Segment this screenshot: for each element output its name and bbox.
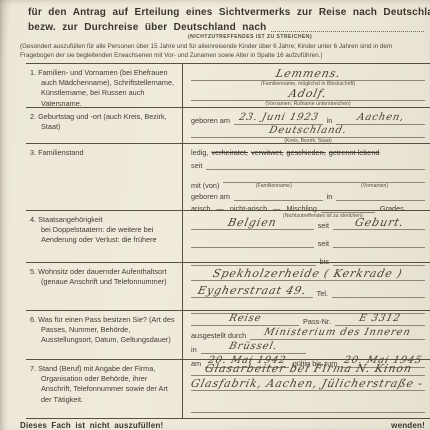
option-geschieden: geschieden, [286,148,325,157]
pass-nr-label: Pass-Nr. [299,317,335,326]
birth-date-field: 23. Juni 1923 [234,113,323,125]
issued-by-field: Ministerium des Inneren [250,328,425,340]
row-q5-residence: 5. Wohnsitz oder dauernder Aufenthaltsor… [26,263,430,311]
form-footer: Dieses Fach ist nicht auszufüllen! wende… [20,421,425,430]
q3-label: Familienstand [38,148,83,157]
occupation-field-3 [191,403,425,413]
form-title-line2-text: bezw. zur Durchreise über Deutschland na… [28,22,266,33]
address-handwriting-1: Spekholzerheide ( Kerkrade ) [212,268,404,280]
birth-place-handwriting: Aachen, [356,113,406,124]
birth-date-handwriting: 23. Juni 1923 [237,113,319,124]
since-field [206,160,425,170]
marital-options: ledig, verheiratet, verwitwet, geschiede… [191,148,425,157]
option-ledig: ledig, [191,148,208,157]
q2-label: Geburtstag und -ort (auch Kreis, Bezirk,… [38,112,167,131]
form-table: 1. Familien- und Vornamen (bei Ehefrauen… [26,63,430,419]
spouse-birth-place-field [336,191,425,201]
q7-number: 7. [30,364,36,373]
issued-place-field: Brüssel. [201,342,306,354]
nationality-since-field: Geburt. [333,217,425,230]
pass-type-field: Reise [191,314,299,326]
form-title-line1: für den Antrag auf Erteilung eines Sicht… [28,7,422,18]
seit-label: seit [191,161,206,170]
visa-application-form-scan: für den Antrag auf Erteilung eines Sicht… [0,0,430,430]
q5-number: 5. [30,267,36,276]
birth-country-handwriting: Deutschland. [268,126,348,137]
spouse-born-label: geboren am [191,192,234,201]
telephone-field [332,288,425,298]
strike-instruction-note: (NICHTZUTREFFENDES IST ZU STREICHEN) [188,34,430,40]
address-field-2: Eygherstraat 49. [191,285,313,298]
spouse-surname-hint: (Familienname) [223,183,324,190]
occupation-handwriting-2: Glasfabrik, Aachen, Jülicherstraße - [190,378,425,390]
pass-number-handwriting: E 3312 [358,314,402,325]
former-seit-label: seit [314,239,333,248]
firstname-field: Adolf. [191,88,425,101]
issued-in-label: in [191,345,201,354]
occupation-field-2: Glasfabrik, Aachen, Jülicherstraße - [191,378,425,391]
nationality-seit-label: seit [314,221,333,230]
q2-number: 2. [30,112,36,121]
tel-label: Tel. [313,289,332,298]
form-header: für den Antrag auf Erteilung eines Sicht… [0,0,430,63]
q4-label: Staatsangehörigkeit [38,215,103,224]
occupation-field-1: Glasarbeiter bei Firma N. Kinon [191,363,425,376]
surname-field: Lemmens. [191,68,425,81]
option-verheiratet: verheiratet, [211,148,248,157]
row-q4-nationality: 4. Staatsangehörigkeit bei Doppelstaater… [26,211,430,263]
q1-label: Familien- und Vornamen (bei Ehefrauen au… [38,68,174,108]
q6-number: 6. [30,315,36,324]
option-getrennt-lebend: getrennt lebend [329,148,380,157]
issued-by-handwriting: Ministerium des Inneren [263,328,412,339]
nationality-field: Belgien [191,217,314,230]
issued-by-label: ausgestellt durch [191,331,250,340]
row-q7-occupation: 7. Stand (Beruf) mit Angabe der Firma, O… [26,360,430,419]
firstname-hint: (Vornamen; Rufname unterstreichen) [191,101,425,108]
spouse-name-field [223,173,425,183]
born-on-label: geboren am [191,116,234,125]
q5-label: Wohnsitz oder dauernder Aufenthaltsort (… [38,267,166,286]
birth-place-field: Aachen, [336,113,425,125]
option-verwitwet: verwitwet, [251,148,283,157]
turn-page-note: wenden! [391,421,425,430]
pass-type-handwriting: Reise [228,314,263,325]
former-since-field [333,238,425,248]
address-field-1: Spekholzerheide ( Kerkrade ) [191,268,425,281]
pass-number-field: E 3312 [335,314,425,326]
row-q2-birth: 2. Geburtstag und -ort (auch Kreis, Bezi… [26,108,430,144]
q4-sublabel: bei Doppelstaatern: die weitere bei Aend… [30,225,175,245]
former-nationality-field [191,238,314,248]
q4-number: 4. [30,215,36,224]
form-title-line2: bezw. zur Durchreise über Deutschland na… [28,22,424,33]
footer-nicht-emphasis: nicht [90,421,110,430]
row-q3-marital-status: 3. Familienstand ledig, verheiratet, ver… [26,144,430,211]
row-q1-name: 1. Familien- und Vornamen (bei Ehefrauen… [26,64,430,108]
q3-number: 3. [30,148,36,157]
filling-instructions: (Gesondert auszufüllen für alle Personen… [20,43,424,61]
firstname-handwriting: Adolf. [288,88,328,100]
q6-label: Was für einen Pass besitzen Sie? (Art de… [38,315,174,344]
footer-note: Dieses Fach ist nicht auszufüllen! [20,421,163,430]
row-q6-passport: 6. Was für einen Pass besitzen Sie? (Art… [26,311,430,360]
q1-number: 1. [30,68,36,77]
birth-country-field: Deutschland. [191,126,425,138]
nationality-handwriting: Belgien [227,217,278,229]
occupation-handwriting-1: Glasarbeiter bei Firma N. Kinon [203,363,413,375]
spouse-firstname-hint: (Vornamen) [324,183,425,190]
spouse-in-label: in [323,192,337,201]
spouse-birth-date-field [234,191,323,201]
nationality-since-handwriting: Geburt. [353,217,405,229]
mit-von-label: mit (von) [191,181,223,190]
in-label: in [323,116,337,125]
surname-handwriting: Lemmens. [274,68,341,80]
address-handwriting-2: Eygherstraat 49. [196,285,307,297]
destination-blank-line [271,23,424,32]
issued-place-handwriting: Brüssel. [228,342,279,353]
q7-label: Stand (Beruf) mit Angabe der Firma, Orga… [38,364,168,404]
